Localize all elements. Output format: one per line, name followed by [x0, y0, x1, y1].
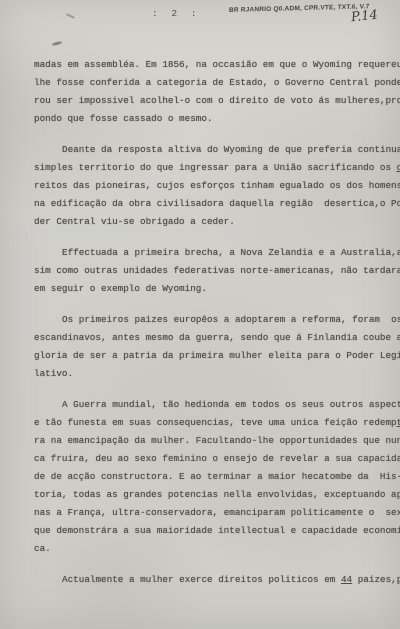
- text-line: ca.: [34, 540, 400, 558]
- document-body: madas em assembléa. Em 1856, na occasião…: [34, 56, 400, 602]
- text-line: toria, todas as grandes potencias nella …: [34, 486, 400, 504]
- text-line: e tão funesta em suas consequencias, tev…: [34, 414, 400, 432]
- text-line: rou ser impossivel acolhel-o com o direi…: [34, 92, 400, 110]
- document-page: : 2 : BR RJANRIO Q0.ADM, CPR.VTE, TXT.6,…: [0, 0, 400, 629]
- text-line: madas em assembléa. Em 1856, na occasião…: [34, 56, 400, 74]
- pencil-mark: [66, 13, 75, 18]
- text-line: Deante da resposta altiva do Wyoming de …: [34, 141, 400, 159]
- text-line: em seguir o exemplo de Wyoming.: [34, 280, 400, 298]
- paragraph: A Guerra mundial, tão hedionda em todos …: [34, 396, 400, 558]
- text-line: escandinavos, antes mesmo da guerra, sen…: [34, 329, 400, 347]
- text-line: pondo que fosse cassado o mesmo.: [34, 110, 400, 128]
- paragraph: Actualmente a mulher exerce direitos pol…: [34, 571, 400, 589]
- text-line: nas a França, ultra-conservadora, emanci…: [34, 504, 400, 522]
- text-line: der Central viu-se obrigado a ceder.: [34, 213, 400, 231]
- text-line: lativo.: [34, 365, 400, 383]
- text-line: na edificação da obra civilisadora daque…: [34, 195, 400, 213]
- text-line: lhe fosse conferida a categoria de Estad…: [34, 74, 400, 92]
- text-line: simples territorio do que ingressar para…: [34, 159, 400, 177]
- text-line: gloria de ser a patria da primeira mulhe…: [34, 347, 400, 365]
- text-line: ca fruira, deu ao sexo feminino o ensejo…: [34, 450, 400, 468]
- text-line: Actualmente a mulher exerce direitos pol…: [34, 571, 400, 589]
- paragraph: Effectuada a primeira brecha, a Nova Zel…: [34, 244, 400, 298]
- text-line: que demonstrára a sua maioridade intelle…: [34, 522, 400, 540]
- pencil-mark: [52, 41, 62, 46]
- paragraph: Deante da resposta altiva do Wyoming de …: [34, 141, 400, 231]
- paragraph: Os primeiros paizes europêos a adoptarem…: [34, 311, 400, 383]
- handwritten-page-note: P.14: [350, 8, 378, 26]
- page-number: : 2 :: [152, 8, 201, 19]
- paragraph: madas em assembléa. Em 1856, na occasião…: [34, 56, 400, 128]
- text-line: Effectuada a primeira brecha, a Nova Zel…: [34, 244, 400, 262]
- text-line: sim como outras unidades federativas nor…: [34, 262, 400, 280]
- text-line: ra na emancipação da mulher. Facultando-…: [34, 432, 400, 450]
- text-line: A Guerra mundial, tão hedionda em todos …: [34, 396, 400, 414]
- text-line: Os primeiros paizes europêos a adoptarem…: [34, 311, 400, 329]
- text-line: de de acção constructora. E ao terminar …: [34, 468, 400, 486]
- text-line: reitos das pioneiras, cujos esforços tin…: [34, 177, 400, 195]
